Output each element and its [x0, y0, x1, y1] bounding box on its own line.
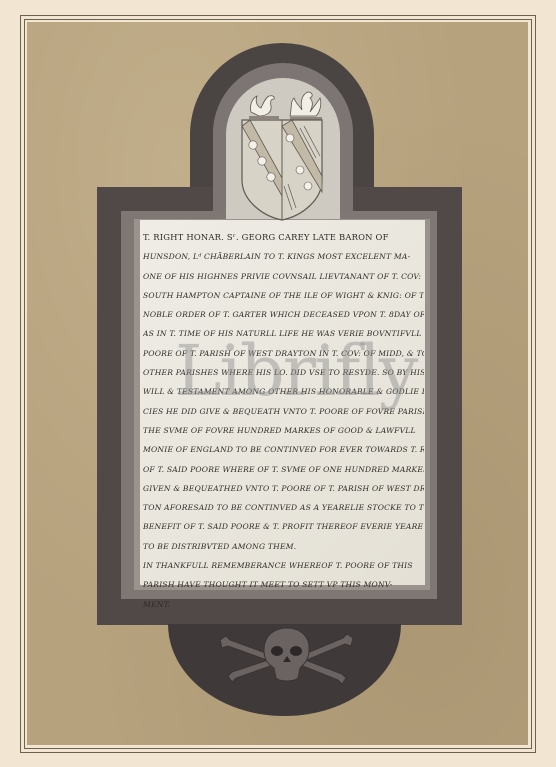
heraldic-shield-icon	[240, 118, 324, 222]
inscription-line: Will & Testament among other his Honorab…	[143, 382, 424, 401]
inscription-line: Noble Order of T. Garter which deceased …	[143, 305, 424, 324]
inscription-line: Benefit of T. said Poore & T. Profit the…	[143, 517, 424, 536]
swan-crest-icon	[245, 88, 285, 122]
inscription-line: to be distribvted among them.	[143, 537, 424, 556]
inscription-line: ment.	[143, 595, 424, 614]
inscription-line: As in T. time of his Naturll Life he was…	[143, 324, 424, 343]
inscription-line: one of His Highnes Privie Covnsail Lievt…	[143, 267, 424, 286]
inscription-line: Poore of T. Parish of West Drayton in T.…	[143, 344, 424, 363]
inscription-line: In thankfull rememberance whereof T. Poo…	[143, 556, 424, 575]
inscription-line: Given & Bequeathed vnto T. Poore of T. P…	[143, 479, 424, 498]
inscription-line: the Svme of Fovre Hundred Markes of Good…	[143, 421, 424, 440]
inscription-line: ton aforesaid to be continved as a yeare…	[143, 498, 424, 517]
inscription-line: Monie of England to be continved for eve…	[143, 440, 424, 459]
inscription-line: cies he did give & bequeath vnto T. Poor…	[143, 402, 424, 421]
skull-crossbones-icon	[214, 628, 359, 692]
inscription-text: T. Right Honar. Sʳ. Georg Carey Late Bar…	[143, 228, 424, 614]
inscription-line: other Parishes where his Lo. did vse to …	[143, 363, 424, 382]
inscription-line: of T. said Poore where of T. Svme of one…	[143, 460, 424, 479]
inscription-line: South Hampton Captaine of the Ile of Wig…	[143, 286, 424, 305]
inscription-line: T. Right Honar. Sʳ. Georg Carey Late Bar…	[143, 228, 424, 247]
inscription-line: Parish have thought it meet to sett vp t…	[143, 575, 424, 594]
inscription-line: Hunsdon, Lᵈ Chāberlain to T. Kings most …	[143, 247, 424, 266]
